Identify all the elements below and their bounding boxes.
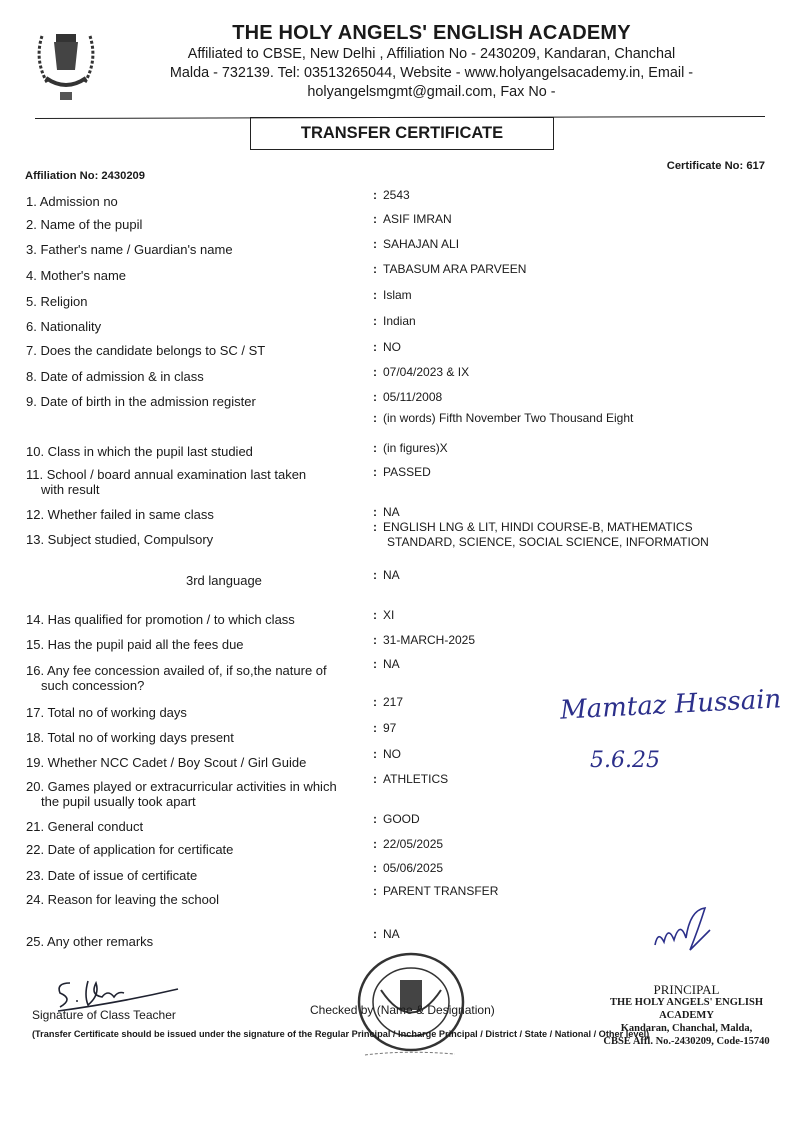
field-label: 14. Has qualified for promotion / to whi… [26, 612, 371, 627]
field-value-text: GOOD [383, 812, 420, 826]
field-label: 4. Mother's name [26, 268, 371, 283]
colon-separator: : [373, 633, 377, 647]
colon-separator: : [373, 812, 377, 826]
field-value: :GOOD [373, 812, 753, 826]
field-label-continued: such concession? [26, 678, 371, 693]
field-label-text: 15. Has the pupil paid all the fees due [26, 637, 244, 652]
field-value-text: PARENT TRANSFER [383, 884, 498, 898]
field-value-text: (in figures)X [383, 441, 448, 455]
field-value-continued: STANDARD, SCIENCE, SOCIAL SCIENCE, INFOR… [387, 535, 767, 549]
field-label-continued: the pupil usually took apart [26, 794, 371, 809]
handwritten-date: 5.6.25 [590, 748, 660, 773]
field-label: 17. Total no of working days [26, 705, 371, 720]
field-label: 19. Whether NCC Cadet / Boy Scout / Girl… [26, 755, 371, 770]
field-label-text: 3rd language [186, 573, 262, 588]
field-value: :NO [373, 747, 753, 761]
field-label-text: 22. Date of application for certificate [26, 842, 233, 857]
field-value: :NA [373, 568, 753, 582]
colon-separator: : [373, 505, 377, 519]
field-label: 8. Date of admission & in class [26, 369, 371, 384]
field-value: :05/06/2025 [373, 861, 753, 875]
checked-by-label: Checked by (Name & Designation) [310, 1003, 495, 1017]
field-value-continued: :(in words) Fifth November Two Thousand … [373, 411, 753, 425]
field-label-text: 17. Total no of working days [26, 705, 187, 720]
field-label-continued: with result [26, 482, 371, 497]
colon-separator: : [373, 927, 377, 941]
field-label-text: 13. Subject studied, Compulsory [26, 532, 213, 547]
colon-separator: : [373, 747, 377, 761]
field-value: :05/11/2008 [373, 390, 753, 404]
field-label-text: 21. General conduct [26, 819, 143, 834]
field-value-text: 217 [383, 695, 403, 709]
field-label-text: 10. Class in which the pupil last studie… [26, 444, 253, 459]
field-label-text: 5. Religion [26, 294, 87, 309]
field-label-text: 4. Mother's name [26, 268, 126, 283]
colon-separator: : [373, 314, 377, 328]
field-label-text: 9. Date of birth in the admission regist… [26, 394, 256, 409]
issuance-note: (Transfer Certificate should be issued u… [32, 1029, 649, 1039]
colon-separator: : [373, 568, 377, 582]
field-value-text: NA [383, 657, 400, 671]
field-value: :PARENT TRANSFER [373, 884, 753, 898]
field-value-text: NO [383, 747, 401, 761]
field-value-text: ENGLISH LNG & LIT, HINDI COURSE-B, MATHE… [383, 520, 693, 534]
certificate-number: Certificate No: 617 [667, 160, 765, 172]
field-label-text: 23. Date of issue of certificate [26, 868, 197, 883]
colon-separator: : [373, 884, 377, 898]
field-label: 21. General conduct [26, 819, 371, 834]
field-value-text: NA [383, 505, 400, 519]
field-value: :31-MARCH-2025 [373, 633, 753, 647]
field-label-text: 6. Nationality [26, 319, 101, 334]
field-label: 9. Date of birth in the admission regist… [26, 394, 371, 409]
colon-separator: : [373, 188, 377, 202]
field-label: 3. Father's name / Guardian's name [26, 242, 371, 257]
field-value-text: TABASUM ARA PARVEEN [383, 262, 526, 276]
field-value: :TABASUM ARA PARVEEN [373, 262, 753, 276]
field-value: :ATHLETICS [373, 772, 753, 786]
field-value-text: Indian [383, 314, 416, 328]
colon-separator: : [373, 288, 377, 302]
field-value-text: 97 [383, 721, 396, 735]
field-label-text: 16. Any fee concession availed of, if so… [26, 663, 327, 678]
field-value: :ENGLISH LNG & LIT, HINDI COURSE-B, MATH… [373, 520, 753, 534]
field-label: 2. Name of the pupil [26, 217, 371, 232]
field-value-text: ASIF IMRAN [383, 212, 452, 226]
colon-separator: : [373, 212, 377, 226]
field-label: 25. Any other remarks [26, 934, 371, 949]
address-line-1: Affiliated to CBSE, New Delhi , Affiliat… [0, 45, 793, 64]
field-value-text: ATHLETICS [383, 772, 448, 786]
colon-separator: : [373, 695, 377, 709]
field-value: :ASIF IMRAN [373, 212, 753, 226]
colon-separator: : [373, 465, 377, 479]
field-label: 20. Games played or extracurricular acti… [26, 779, 371, 809]
address-line-3: holyangelsmgmt@gmail.com, Fax No - [0, 83, 793, 102]
field-label-text: 25. Any other remarks [26, 934, 153, 949]
field-label-text: 3. Father's name / Guardian's name [26, 242, 233, 257]
field-value-text: NA [383, 927, 400, 941]
field-value: :NA [373, 505, 753, 519]
field-value-text: (in words) Fifth November Two Thousand E… [383, 411, 633, 425]
school-name: THE HOLY ANGELS' ENGLISH ACADEMY [0, 22, 793, 45]
field-label: 7. Does the candidate belongs to SC / ST [26, 343, 371, 358]
colon-separator: : [373, 721, 377, 735]
affiliation-number: Affiliation No: 2430209 [25, 170, 145, 182]
field-label-text: 11. School / board annual examination la… [26, 467, 306, 482]
field-value-text: Islam [383, 288, 412, 302]
handwritten-signature: Mamtaz Hussain [559, 684, 782, 726]
field-value-text: 2543 [383, 188, 410, 202]
colon-separator: : [373, 262, 377, 276]
field-value: :PASSED [373, 465, 753, 479]
field-value-text: 05/11/2008 [383, 390, 442, 404]
field-label-text: 2. Name of the pupil [26, 217, 142, 232]
document-title: TRANSFER CERTIFICATE [250, 117, 554, 150]
field-label: 24. Reason for leaving the school [26, 892, 371, 907]
field-value-text: 22/05/2025 [383, 837, 443, 851]
field-label-text: 14. Has qualified for promotion / to whi… [26, 612, 295, 627]
field-value: :Islam [373, 288, 753, 302]
field-label: 13. Subject studied, Compulsory [26, 532, 371, 547]
colon-separator: : [373, 390, 377, 404]
field-label: 6. Nationality [26, 319, 371, 334]
field-value-text: SAHAJAN ALI [383, 237, 459, 251]
field-value: :07/04/2023 & IX [373, 365, 753, 379]
colon-separator: : [373, 657, 377, 671]
field-label: 1. Admission no [26, 194, 371, 209]
colon-separator: : [373, 237, 377, 251]
field-value-text: 31-MARCH-2025 [383, 633, 475, 647]
address-line-2: Malda - 732139. Tel: 03513265044, Websit… [0, 64, 793, 83]
field-value: :Indian [373, 314, 753, 328]
colon-separator: : [373, 837, 377, 851]
field-label: 11. School / board annual examination la… [26, 467, 371, 497]
field-label-text: 1. Admission no [26, 194, 118, 209]
field-label: 5. Religion [26, 294, 371, 309]
colon-separator: : [373, 340, 377, 354]
field-value: :22/05/2025 [373, 837, 753, 851]
principal-title: PRINCIPAL [594, 983, 779, 996]
field-label-text: 19. Whether NCC Cadet / Boy Scout / Girl… [26, 755, 306, 770]
field-label: 23. Date of issue of certificate [26, 868, 371, 883]
principal-address: Kandaran, Chanchal, Malda, [594, 1022, 779, 1035]
field-value-text: 07/04/2023 & IX [383, 365, 469, 379]
field-label: 15. Has the pupil paid all the fees due [26, 637, 371, 652]
field-label: 18. Total no of working days present [26, 730, 371, 745]
principal-school: THE HOLY ANGELS' ENGLISH ACADEMY [594, 996, 779, 1022]
field-value: :(in figures)X [373, 441, 753, 455]
colon-separator: : [373, 772, 377, 786]
principal-signature-icon [650, 900, 720, 960]
field-label-text: 20. Games played or extracurricular acti… [26, 779, 337, 794]
class-teacher-signature-label: Signature of Class Teacher [32, 1008, 176, 1022]
colon-separator: : [373, 861, 377, 875]
field-label: 22. Date of application for certificate [26, 842, 371, 857]
field-value: :XI [373, 608, 753, 622]
principal-affiliation: CBSE Affl. No.-2430209, Code-15740 [594, 1035, 779, 1048]
colon-separator: : [373, 608, 377, 622]
field-value-text: PASSED [383, 465, 431, 479]
field-value-text: NA [383, 568, 400, 582]
field-label: 10. Class in which the pupil last studie… [26, 444, 371, 459]
field-label: 12. Whether failed in same class [26, 507, 371, 522]
field-label: 16. Any fee concession availed of, if so… [26, 663, 371, 693]
field-value-text: 05/06/2025 [383, 861, 443, 875]
field-label-text: 18. Total no of working days present [26, 730, 234, 745]
field-label-text: 24. Reason for leaving the school [26, 892, 219, 907]
colon-separator: : [373, 411, 377, 425]
field-label-text: 7. Does the candidate belongs to SC / ST [26, 343, 265, 358]
field-value-text: XI [383, 608, 394, 622]
field-value: :NO [373, 340, 753, 354]
colon-separator: : [373, 441, 377, 455]
field-value: :SAHAJAN ALI [373, 237, 753, 251]
field-label-text: 12. Whether failed in same class [26, 507, 214, 522]
field-label-text: 8. Date of admission & in class [26, 369, 204, 384]
colon-separator: : [373, 520, 377, 534]
field-value-text: NO [383, 340, 401, 354]
field-value-text: STANDARD, SCIENCE, SOCIAL SCIENCE, INFOR… [387, 535, 709, 549]
colon-separator: : [373, 365, 377, 379]
field-value: :NA [373, 657, 753, 671]
principal-stamp: PRINCIPAL THE HOLY ANGELS' ENGLISH ACADE… [594, 983, 779, 1048]
field-value: :2543 [373, 188, 753, 202]
